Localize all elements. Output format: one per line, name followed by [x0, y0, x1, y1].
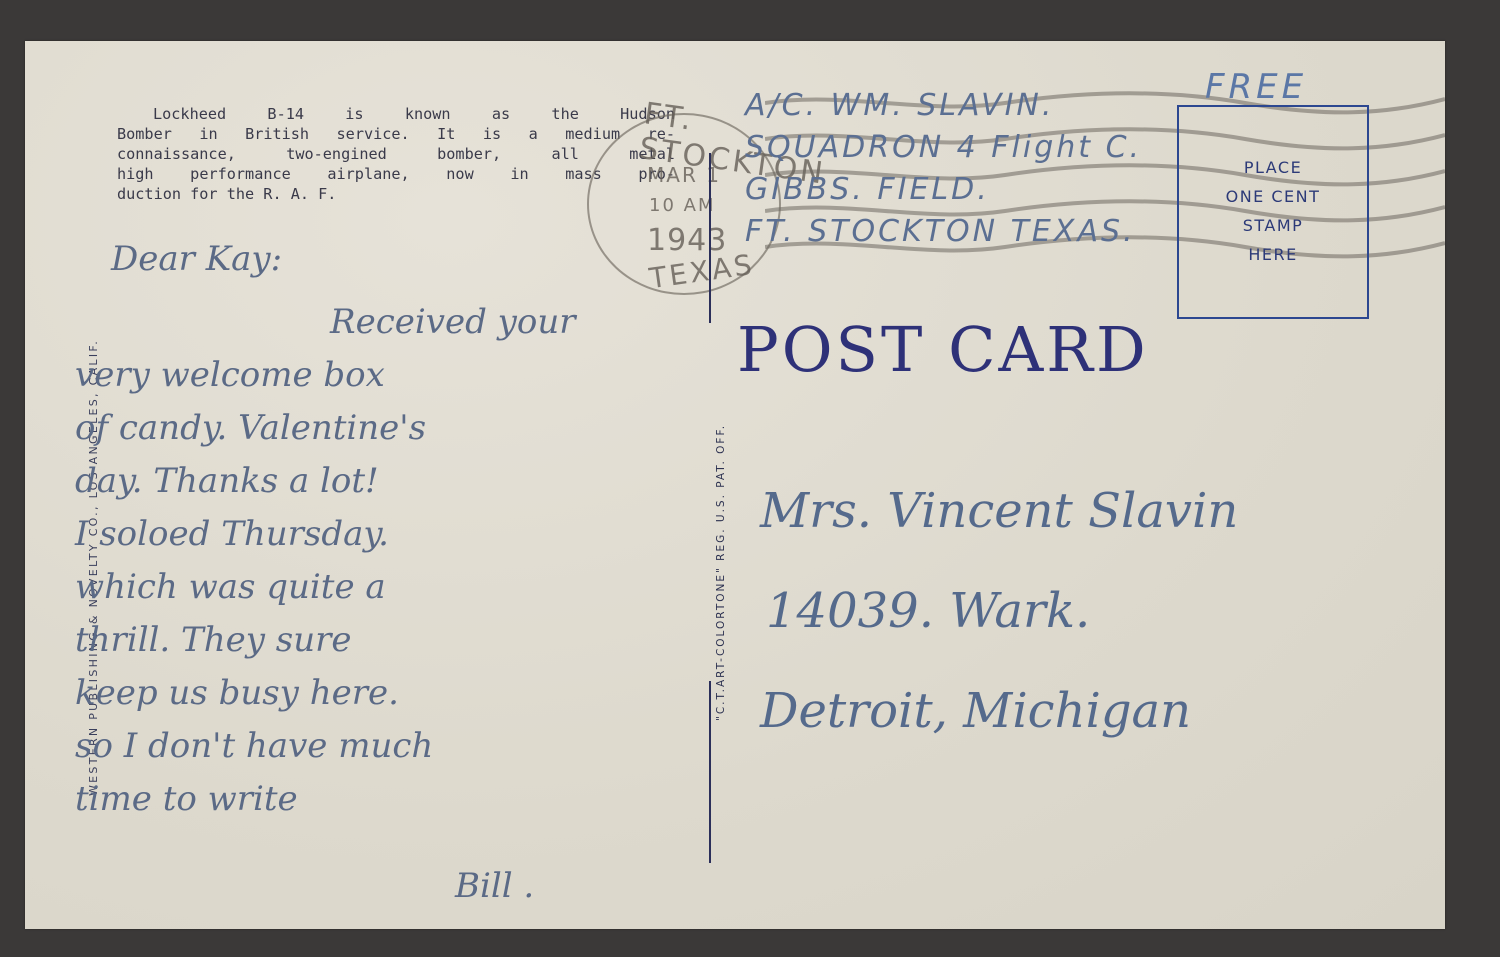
- message-line: day. Thanks a lot!: [75, 455, 715, 508]
- stamp-line: HERE: [1179, 240, 1367, 269]
- stamp-instructions: PLACE ONE CENT STAMP HERE: [1179, 153, 1367, 269]
- trademark-credit: "C.T.ART-COLORTONE" REG. U.S. PAT. OFF.: [715, 424, 727, 721]
- recipient-line: Mrs. Vincent Slavin: [760, 461, 1238, 561]
- sender-line: SQUADRON 4 Flight C.: [745, 127, 1142, 169]
- stamp-box: PLACE ONE CENT STAMP HERE: [1177, 105, 1369, 319]
- postmark-time: 10 AM: [649, 195, 715, 216]
- message-line: I soloed Thursday.: [75, 508, 715, 561]
- recipient-line: 14039. Wark.: [760, 561, 1238, 661]
- stamp-line: STAMP: [1179, 211, 1367, 240]
- message-line: Received your: [75, 296, 715, 349]
- message-signature: Bill .: [455, 866, 534, 906]
- sender-line: FT. STOCKTON TEXAS.: [745, 211, 1142, 253]
- sender-line: GIBBS. FIELD.: [745, 169, 1142, 211]
- message-line: very welcome box: [75, 349, 715, 402]
- message-line: thrill. They sure: [75, 614, 715, 667]
- recipient-address: Mrs. Vincent Slavin 14039. Wark. Detroit…: [760, 461, 1238, 761]
- description-line: Bomber in British service. It is a mediu…: [117, 124, 675, 144]
- postcard-back: Lockheed B-14 is known as the Hudson Bom…: [25, 41, 1445, 929]
- message-body: Received your very welcome box of candy.…: [75, 296, 715, 826]
- message-line: so I don't have much: [75, 720, 715, 773]
- free-frank: FREE: [1205, 67, 1307, 107]
- message-line: time to write: [75, 773, 715, 826]
- recipient-line: Detroit, Michigan: [760, 661, 1238, 761]
- message-line: of candy. Valentine's: [75, 402, 715, 455]
- stamp-line: ONE CENT: [1179, 182, 1367, 211]
- post-card-title: POST CARD: [737, 313, 1149, 386]
- message-line: keep us busy here.: [75, 667, 715, 720]
- stamp-line: PLACE: [1179, 153, 1367, 182]
- message-greeting: Dear Kay:: [111, 239, 282, 279]
- sender-address: A/C. WM. SLAVIN. SQUADRON 4 Flight C. GI…: [745, 85, 1142, 253]
- sender-line: A/C. WM. SLAVIN.: [745, 85, 1142, 127]
- message-line: which was quite a: [75, 561, 715, 614]
- description-line: Lockheed B-14 is known as the Hudson: [117, 104, 675, 124]
- description-line: connaissance, two-engined bomber, all me…: [117, 144, 675, 164]
